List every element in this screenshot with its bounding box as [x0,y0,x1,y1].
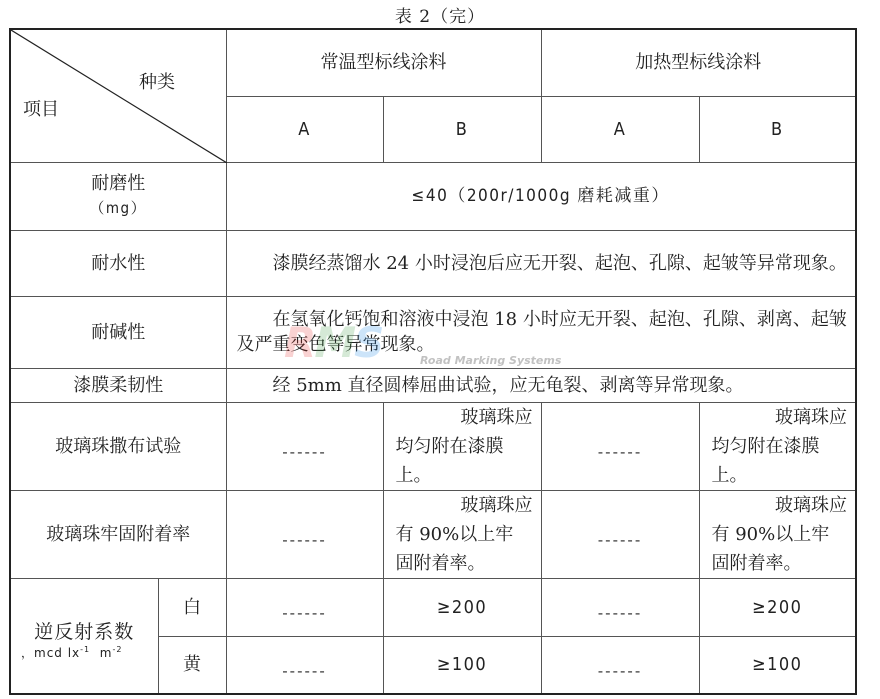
table-row: 玻璃珠牢固附着率 ------ 玻璃珠应 有 90%以上牢 固附着率。 ----… [10,490,856,578]
table-row: 玻璃珠撒布试验 ------ 玻璃珠应 均匀附在漆膜 上。 ------ 玻璃珠… [10,402,856,490]
unit-text: ，mcd lx [21,646,80,660]
empty-dash: ------ [282,604,326,622]
bead-adhesion-ambient-a: ------ [226,490,383,578]
bead-spread-heated-b: 玻璃珠应 均匀附在漆膜 上。 [699,402,856,490]
empty-dash: ------ [282,443,326,461]
water-value: 漆膜经蒸馏水 24 小时浸泡后应无开裂、起泡、孔隙、起皱等异常现象。 [226,230,856,296]
group-header-ambient: 常温型标线涂料 [226,29,541,96]
table-caption: 表 2（完） [0,2,880,27]
color-white-label: 白 [158,578,226,636]
bead-adhesion-heated-a: ------ [541,490,699,578]
bead-spread-ambient-b: 玻璃珠应 均匀附在漆膜 上。 [383,402,541,490]
row-label-alkali: 耐碱性 [10,296,226,368]
unit-exp-1: -1 [80,645,90,654]
line-3: 固附着率。 [712,553,802,574]
line-2: 均匀附在漆膜 [712,436,820,457]
table-row: 耐水性 漆膜经蒸馏水 24 小时浸泡后应无开裂、起泡、孔隙、起皱等异常现象。 [10,230,856,296]
table-row: 漆膜柔韧性 经 5mm 直径圆棒屈曲试验，应无龟裂、剥离等异常现象。 [10,368,856,402]
row-label-flexibility: 漆膜柔韧性 [10,368,226,402]
row-label-abrasion: 耐磨性 （mg） [10,162,226,230]
row-label-retroreflection: 逆反射系数 ，mcd lx-1 m-2 [10,578,158,694]
empty-dash: ------ [282,662,326,680]
item-label: 项目 [23,97,59,122]
bead-adhesion-ambient-b: 玻璃珠应 有 90%以上牢 固附着率。 [383,490,541,578]
abrasion-unit: （mg） [11,196,226,221]
color-yellow-label: 黄 [158,636,226,694]
yellow-heated-a: ------ [541,636,699,694]
subcol-heated-a: A [541,96,699,162]
empty-dash: ------ [598,604,642,622]
alkali-text: 在氢氧化钙饱和溶液中浸泡 18 小时应无开裂、起泡、孔隙、剥离、起皱及严重变色等… [237,309,847,355]
flexibility-value: 经 5mm 直径圆棒屈曲试验，应无龟裂、剥离等异常现象。 [226,368,856,402]
line-2: 均匀附在漆膜 [396,436,504,457]
table-row: 逆反射系数 ，mcd lx-1 m-2 白 ------ ≥200 ------… [10,578,856,636]
water-text: 漆膜经蒸馏水 24 小时浸泡后应无开裂、起泡、孔隙、起皱等异常现象。 [273,253,847,274]
yellow-ambient-b: ≥100 [383,636,541,694]
empty-dash: ------ [598,531,642,549]
yellow-ambient-a: ------ [226,636,383,694]
line-1: 玻璃珠应 [712,403,848,432]
row-label-bead-adhesion: 玻璃珠牢固附着率 [10,490,226,578]
white-heated-b: ≥200 [699,578,856,636]
bead-spread-heated-a: ------ [541,402,699,490]
table-row: 耐碱性 在氢氧化钙饱和溶液中浸泡 18 小时应无开裂、起泡、孔隙、剥离、起皱及严… [10,296,856,368]
line-3: 固附着率。 [396,553,486,574]
unit-m: m [100,646,113,660]
empty-dash: ------ [282,531,326,549]
unit-exp-2: -2 [112,645,122,654]
white-ambient-b: ≥200 [383,578,541,636]
line-2: 有 90%以上牢 [712,524,830,545]
corner-header-cell: 种类 项目 [10,29,226,162]
line-1: 玻璃珠应 [396,491,533,520]
spec-table: 种类 项目 常温型标线涂料 加热型标线涂料 A B A B 耐磨性 （mg） ≤… [9,28,857,695]
group-header-heated: 加热型标线涂料 [541,29,856,96]
bead-spread-ambient-a: ------ [226,402,383,490]
row-label-water: 耐水性 [10,230,226,296]
retroreflection-label: 逆反射系数 [11,620,158,645]
white-ambient-a: ------ [226,578,383,636]
table-row: 耐磨性 （mg） ≤40（200r/1000g 磨耗减重） [10,162,856,230]
row-label-bead-spread: 玻璃珠撒布试验 [10,402,226,490]
line-1: 玻璃珠应 [396,403,533,432]
flexibility-text: 经 5mm 直径圆棒屈曲试验，应无龟裂、剥离等异常现象。 [273,375,744,396]
subcol-ambient-b: B [383,96,541,162]
alkali-value: 在氢氧化钙饱和溶液中浸泡 18 小时应无开裂、起泡、孔隙、剥离、起皱及严重变色等… [226,296,856,368]
yellow-heated-b: ≥100 [699,636,856,694]
subcol-ambient-a: A [226,96,383,162]
retroreflection-unit: ，mcd lx-1 m-2 [11,643,158,660]
empty-dash: ------ [598,443,642,461]
white-heated-a: ------ [541,578,699,636]
empty-dash: ------ [598,662,642,680]
category-label: 种类 [139,70,175,95]
line-1: 玻璃珠应 [712,491,848,520]
subcol-heated-b: B [699,96,856,162]
line-3: 上。 [396,465,432,486]
abrasion-label: 耐磨性 [11,171,226,196]
line-2: 有 90%以上牢 [396,524,514,545]
line-3: 上。 [712,465,748,486]
abrasion-value: ≤40（200r/1000g 磨耗减重） [226,162,856,230]
bead-adhesion-heated-b: 玻璃珠应 有 90%以上牢 固附着率。 [699,490,856,578]
